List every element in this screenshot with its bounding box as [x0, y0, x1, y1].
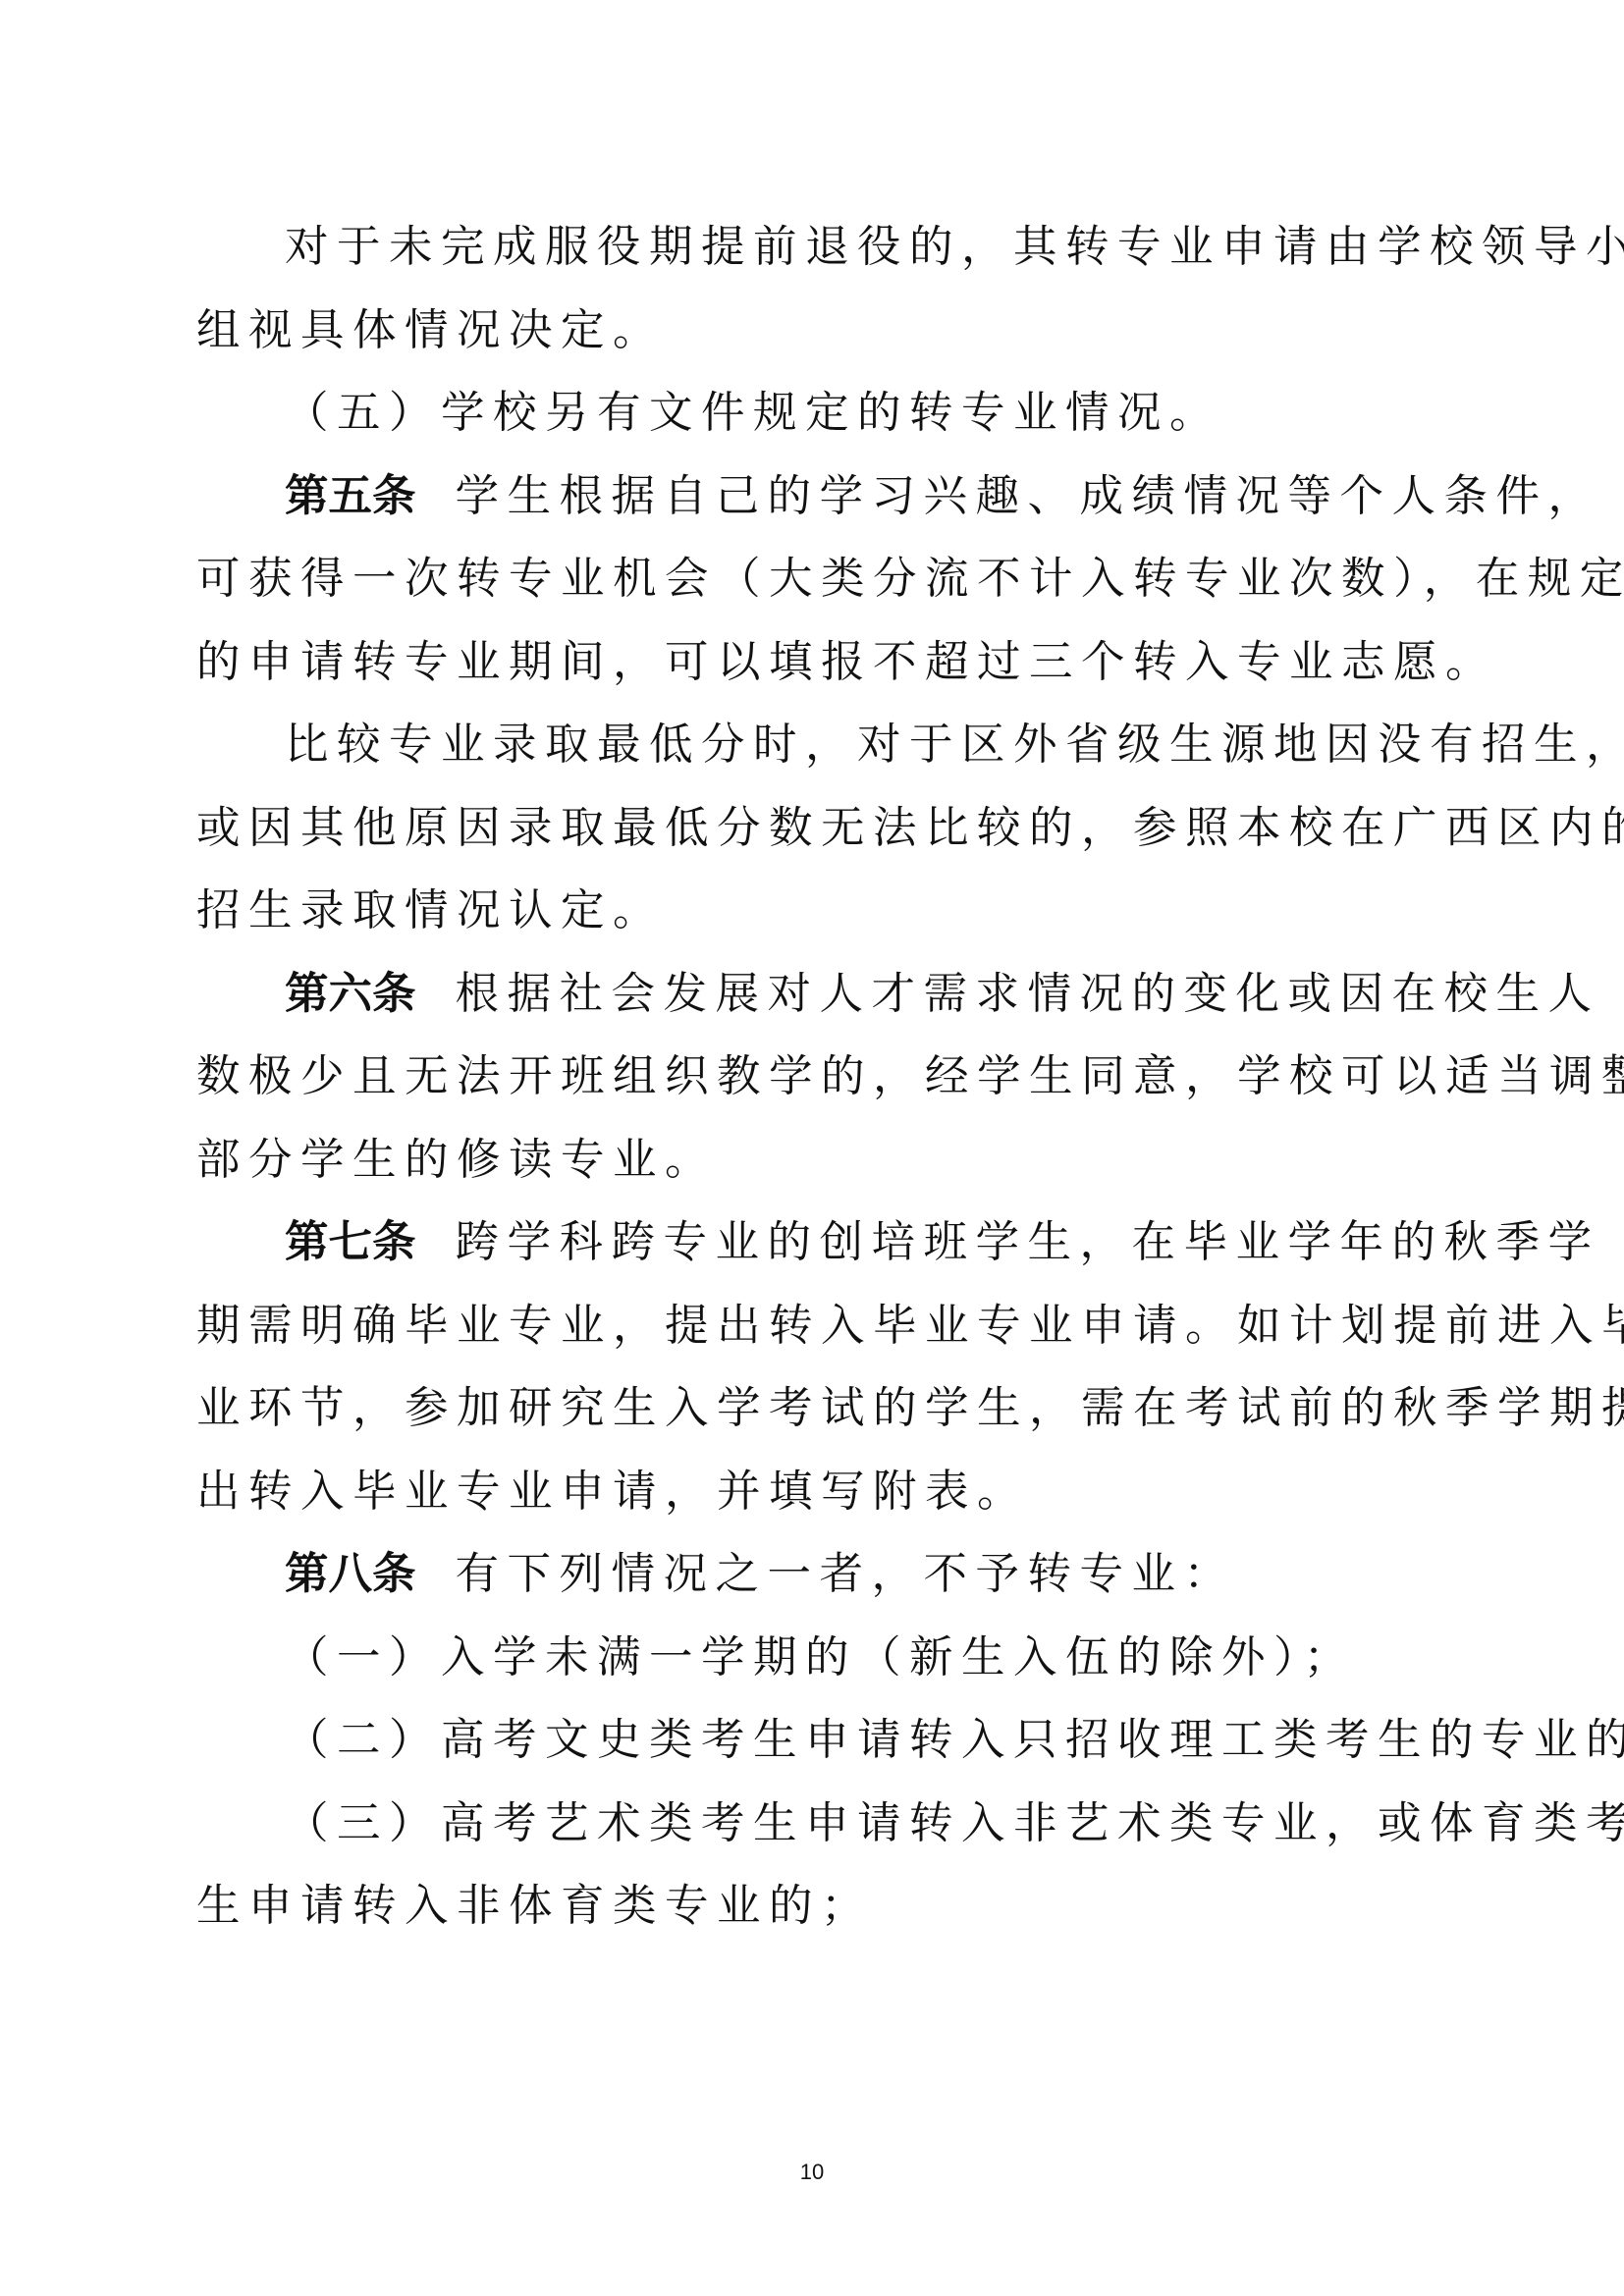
article-label-five: 第五条	[285, 471, 416, 521]
article-label-six: 第六条	[285, 969, 416, 1019]
paragraph-line: 的申请转专业期间，可以填报不超过三个转入专业志愿。	[196, 633, 1443, 717]
document-body: 对于未完成服役期提前退役的，其转专业申请由学校领导小 组视具体情况决定。 （五）…	[196, 218, 1443, 1960]
article-text: 根据社会发展对人才需求情况的变化或因在校生人	[456, 969, 1600, 1019]
paragraph-line: 业环节，参加研究生入学考试的学生，需在考试前的秋季学期提	[196, 1379, 1443, 1463]
paragraph-line: 数极少且无法开班组织教学的，经学生同意，学校可以适当调整	[196, 1047, 1443, 1131]
article-label-seven: 第七条	[285, 1217, 416, 1267]
list-item-two: （二）高考文史类考生申请转入只招收理工类考生的专业的；	[196, 1711, 1443, 1794]
paragraph-line: 对于未完成服役期提前退役的，其转专业申请由学校领导小	[196, 218, 1443, 301]
paragraph-line: 或因其他原因录取最低分数无法比较的，参照本校在广西区内的	[196, 799, 1443, 882]
article-text: 跨学科跨专业的创培班学生，在毕业学年的秋季学	[456, 1217, 1600, 1267]
paragraph-line: 部分学生的修读专业。	[196, 1131, 1443, 1214]
paragraph-line: 招生录取情况认定。	[196, 881, 1443, 965]
article-six-line: 第六条根据社会发展对人才需求情况的变化或因在校生人	[196, 965, 1443, 1048]
paragraph-line: 出转入毕业专业申请，并填写附表。	[196, 1463, 1443, 1546]
list-item-five: （五）学校另有文件规定的转专业情况。	[196, 384, 1443, 467]
article-label-eight: 第八条	[285, 1549, 416, 1599]
article-text: 有下列情况之一者，不予转专业：	[456, 1549, 1236, 1599]
page-number: 10	[0, 2160, 1624, 2185]
paragraph-line: 期需明确毕业专业，提出转入毕业专业申请。如计划提前进入毕	[196, 1297, 1443, 1380]
article-seven-line: 第七条跨学科跨专业的创培班学生，在毕业学年的秋季学	[196, 1213, 1443, 1297]
paragraph-line: 组视具体情况决定。	[196, 301, 1443, 385]
article-text: 学生根据自己的学习兴趣、成绩情况等个人条件，	[456, 471, 1600, 521]
paragraph-line: 可获得一次转专业机会（大类分流不计入转专业次数），在规定	[196, 550, 1443, 633]
article-eight-line: 第八条有下列情况之一者，不予转专业：	[196, 1545, 1443, 1629]
paragraph-line: 比较专业录取最低分时，对于区外省级生源地因没有招生，	[196, 716, 1443, 799]
paragraph-line: 生申请转入非体育类专业的；	[196, 1877, 1443, 1960]
list-item-one: （一）入学未满一学期的（新生入伍的除外）；	[196, 1629, 1443, 1712]
article-five-line: 第五条学生根据自己的学习兴趣、成绩情况等个人条件，	[196, 467, 1443, 551]
list-item-three: （三）高考艺术类考生申请转入非艺术类专业，或体育类考	[196, 1794, 1443, 1878]
